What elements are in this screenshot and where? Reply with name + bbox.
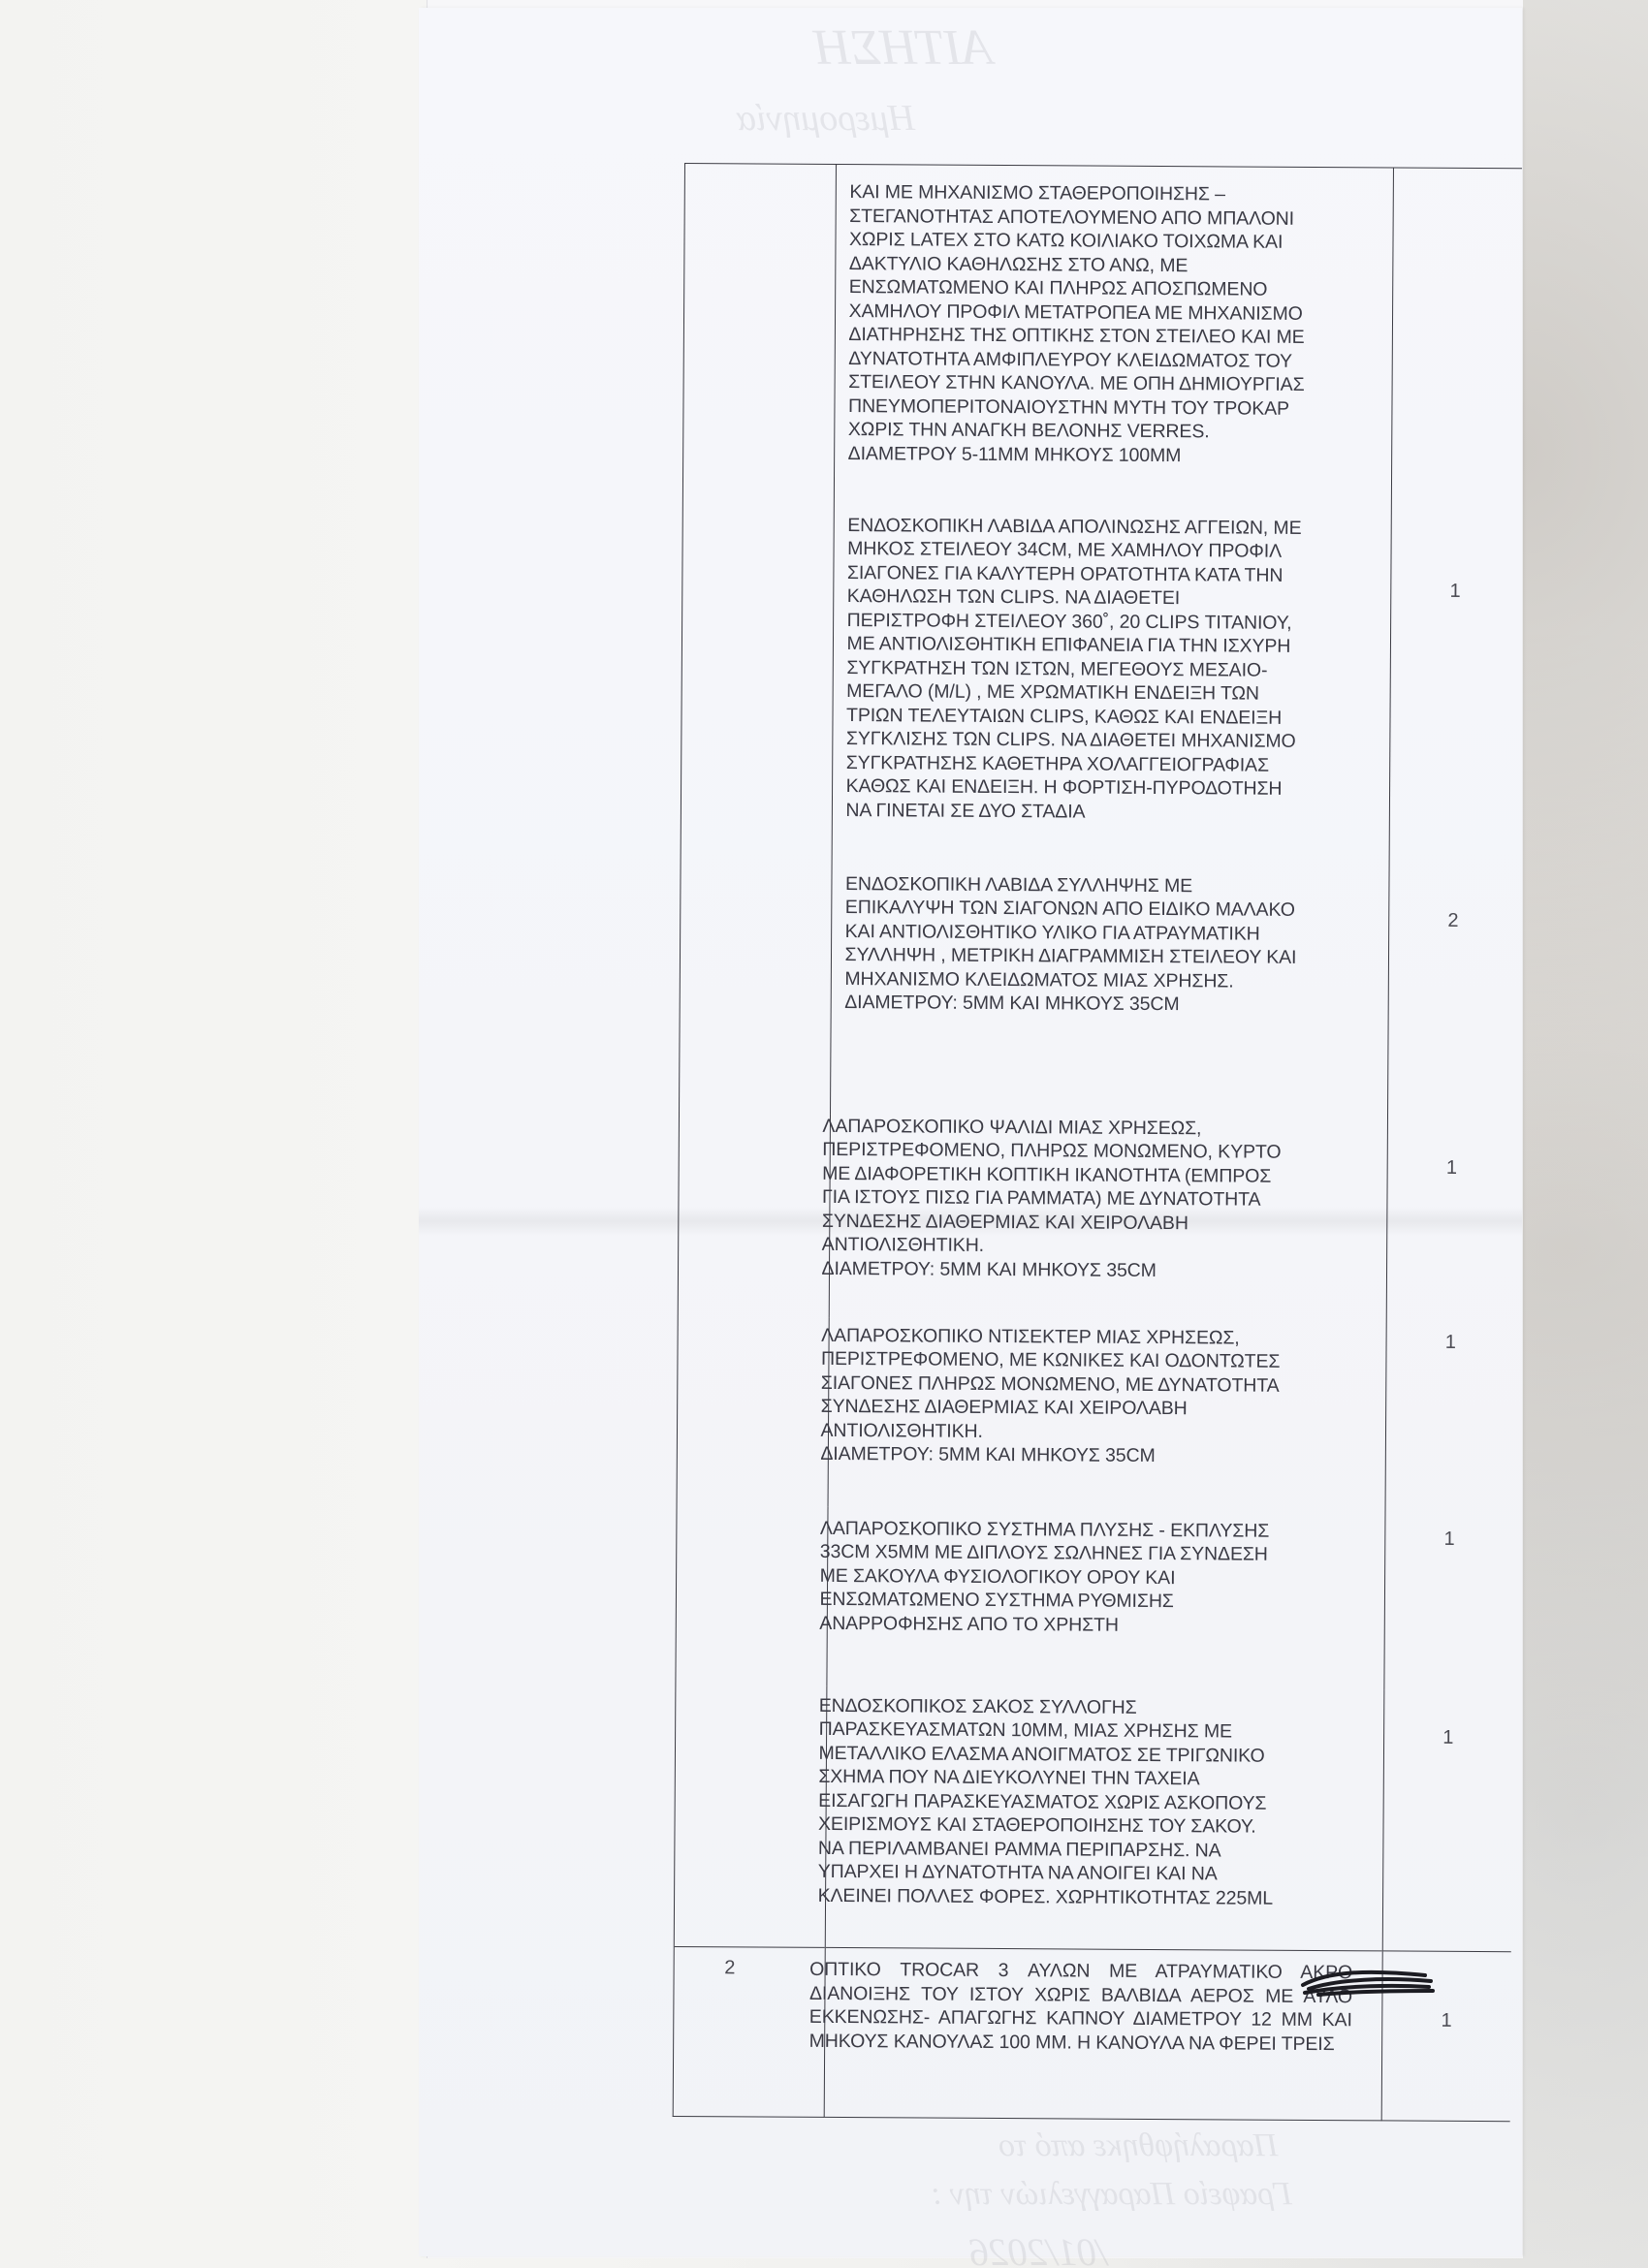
item-number-cell: [677, 1316, 829, 1506]
bleed-through-stamp-line: ΑΙΤΗΣΗ: [814, 19, 993, 77]
specifications-table: ΚΑΙ ΜΕ ΜΗΧΑΝΙΣΜΟ ΣΤΑΘΕΡΟΠΟΙΗΣΗΣ – ΣΤΕΓΑΝ…: [673, 163, 1522, 2122]
description-cell: ΛΑΠΑΡΟΣΚΟΠΙΚΟ ΝΤΙΣΕΚΤΕΡ ΜΙΑΣ ΧΡΗΣΕΩΣ, ΠΕ…: [828, 1317, 1386, 1510]
bleed-through-stamp-line: Γραφείο Παραγγελιών την :: [931, 2176, 1292, 2213]
item-description: ΟΠΤΙΚΟ TROCAR 3 ΑΥΛΩΝ ΜΕ ΑΤΡΑΥΜΑΤΙΚΟ ΑΚΡ…: [796, 1948, 1382, 2057]
item-description: ΕΝΔΟΣΚΟΠΙΚΗ ΛΑΒΙΔΑ ΣΥΛΛΗΨΗΣ ΜΕ ΕΠΙΚΑΛΥΨΗ…: [831, 862, 1388, 1018]
item-description: ΕΝΔΟΣΚΟΠΙΚΟΣ ΣΑΚΟΣ ΣΥΛΛΟΓΗΣ ΠΑΡΑΣΚΕΥΑΣΜΑ…: [805, 1685, 1383, 1910]
description-cell: ΕΝΔΟΣΚΟΠΙΚΗ ΛΑΒΙΔΑ ΣΥΛΛΗΨΗΣ ΜΕ ΕΠΙΚΑΛΥΨΗ…: [830, 862, 1389, 1118]
description-cell: ΕΝΔΟΣΚΟΠΙΚΗ ΛΑΒΙΔΑ ΑΠΟΛΙΝΩΣΗΣ ΑΓΓΕΙΩΝ, Μ…: [832, 513, 1391, 866]
item-description: ΕΝΔΟΣΚΟΠΙΚΗ ΛΑΒΙΔΑ ΑΠΟΛΙΝΩΣΗΣ ΑΓΓΕΙΩΝ, Μ…: [832, 513, 1390, 825]
bleed-through-stamp-line: /01/2026: [969, 2229, 1107, 2268]
quantity-cell: 2: [1387, 866, 1518, 1118]
item-description: ΛΑΠΑΡΟΣΚΟΠΙΚΟ ΣΥΣΤΗΜΑ ΠΛΥΣΗΣ - ΕΚΠΛΥΣΗΣ …: [806, 1506, 1384, 1638]
quantity-cell: [1391, 168, 1522, 518]
ink-scribble-mark: [1299, 1966, 1435, 1999]
item-number-cell: [681, 512, 834, 862]
table-row: ΛΑΠΑΡΟΣΚΟΠΙΚΟ ΨΑΛΙΔΙ ΜΙΑΣ ΧΡΗΣΕΩΣ, ΠΕΡΙΣ…: [678, 1113, 1516, 1321]
quantity-cell: 1: [1386, 1118, 1516, 1322]
item-description: ΛΑΠΑΡΟΣΚΟΠΙΚΟ ΨΑΛΙΔΙ ΜΙΑΣ ΧΡΗΣΕΩΣ, ΠΕΡΙΣ…: [808, 1114, 1386, 1283]
table-row: ΕΝΔΟΣΚΟΠΙΚΗ ΛΑΒΙΔΑ ΣΥΛΛΗΨΗΣ ΜΕ ΕΠΙΚΑΛΥΨΗ…: [680, 861, 1518, 1118]
table-row: ΕΝΔΟΣΚΟΠΙΚΟΣ ΣΑΚΟΣ ΣΥΛΛΟΓΗΣ ΠΑΡΑΣΚΕΥΑΣΜΑ…: [674, 1685, 1512, 1951]
table-row: ΕΝΔΟΣΚΟΠΙΚΗ ΛΑΒΙΔΑ ΑΠΟΛΙΝΩΣΗΣ ΑΓΓΕΙΩΝ, Μ…: [681, 512, 1520, 866]
quantity-cell: 1: [1383, 1510, 1513, 1690]
bleed-through-stamp-line: Ημερομηνία: [737, 97, 915, 140]
quantity-cell: 1: [1389, 517, 1520, 866]
quantity-cell: 1: [1382, 1689, 1513, 1952]
description-cell: ΕΝΔΟΣΚΟΠΙΚΟΣ ΣΑΚΟΣ ΣΥΛΛΟΓΗΣ ΠΑΡΑΣΚΕΥΑΣΜΑ…: [825, 1685, 1384, 1951]
item-number-cell: [680, 861, 832, 1114]
item-description: ΛΑΠΑΡΟΣΚΟΠΙΚΟ ΝΤΙΣΕΚΤΕΡ ΜΙΑΣ ΧΡΗΣΕΩΣ, ΠΕ…: [807, 1317, 1385, 1469]
item-number-cell: [674, 1685, 826, 1947]
bleed-through-stamp-line: Παραλήφθηκε από το: [998, 2127, 1278, 2164]
item-number-cell: [682, 164, 836, 514]
description-cell: ΛΑΠΑΡΟΣΚΟΠΙΚΟ ΨΑΛΙΔΙ ΜΙΑΣ ΧΡΗΣΕΩΣ, ΠΕΡΙΣ…: [829, 1114, 1387, 1321]
description-cell: ΚΑΙ ΜΕ ΜΗΧΑΝΙΣΜΟ ΣΤΑΘΕΡΟΠΟΙΗΣΗΣ – ΣΤΕΓΑΝ…: [834, 164, 1393, 517]
table-row: ΛΑΠΑΡΟΣΚΟΠΙΚΟ ΣΥΣΤΗΜΑ ΠΛΥΣΗΣ - ΕΚΠΛΥΣΗΣ …: [676, 1505, 1514, 1689]
item-description: ΚΑΙ ΜΕ ΜΗΧΑΝΙΣΜΟ ΣΤΑΘΕΡΟΠΟΙΗΣΗΣ – ΣΤΕΓΑΝ…: [835, 165, 1393, 469]
table-row: ΛΑΠΑΡΟΣΚΟΠΙΚΟ ΝΤΙΣΕΚΤΕΡ ΜΙΑΣ ΧΡΗΣΕΩΣ, ΠΕ…: [677, 1316, 1515, 1510]
item-number-cell: [676, 1505, 828, 1685]
item-number-cell: [678, 1113, 830, 1317]
table-row: ΚΑΙ ΜΕ ΜΗΧΑΝΙΣΜΟ ΣΤΑΘΕΡΟΠΟΙΗΣΗΣ – ΣΤΕΓΑΝ…: [682, 164, 1522, 518]
quantity-cell: 1: [1385, 1321, 1515, 1511]
description-cell: ΛΑΠΑΡΟΣΚΟΠΙΚΟ ΣΥΣΤΗΜΑ ΠΛΥΣΗΣ - ΕΚΠΛΥΣΗΣ …: [826, 1506, 1384, 1689]
